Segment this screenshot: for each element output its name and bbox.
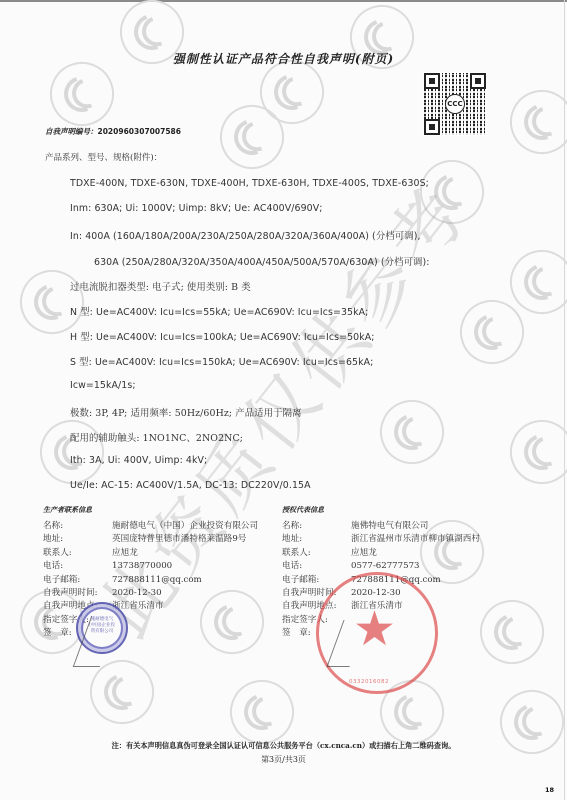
seal-number: 0332016082: [349, 679, 389, 685]
producer-section-title: 生产者联系信息: [43, 505, 92, 515]
producer-row: 电子邮箱:727888111@qq.com: [43, 573, 258, 586]
verification-note: 注：有关本声明信息真伪可登录全国认证认可信息公共服务平台（cx.cnca.cn）…: [0, 741, 567, 751]
spec-heading: 产品系列、型号、规格(附件)：: [45, 151, 162, 163]
declaration-number-label: 自我声明编号：: [45, 127, 98, 136]
authorized-rep-row: 地址:浙江省温州市乐清市柳市镇湖西村: [282, 532, 480, 545]
ccc-watermark-icon: [471, 591, 553, 673]
spec-line: Ue/Ie: AC-15: AC400V/1.5A, DC-13: DC220V…: [70, 480, 510, 505]
producer-phone: 13738770000: [112, 561, 172, 571]
field-label: 地址:: [43, 532, 112, 544]
field-label: 电子邮箱:: [43, 573, 112, 585]
document-title: 强制性认证产品符合性自我声明(附页): [0, 50, 567, 67]
spec-line: In: 400A (160A/180A/200A/230A/250A/280A/…: [70, 228, 510, 253]
authorized-rep-address: 浙江省温州市乐清市柳市镇湖西村: [351, 532, 480, 544]
sheet-number: 18: [545, 786, 554, 794]
field-label: 名称:: [43, 519, 112, 531]
authorized-rep-row: 名称:施佛特电气有限公司: [282, 519, 480, 532]
ccc-watermark-icon: [501, 411, 567, 493]
field-label: 名称:: [282, 519, 351, 531]
producer-contact: 名称:施耐德电气（中国）企业投资有限公司 地址:英国庞特普里德市潘特格莱温路9号…: [43, 519, 258, 640]
field-label: 联系人:: [282, 546, 351, 558]
authorized-rep-section-title: 授权代表信息: [282, 505, 324, 515]
producer-address: 英国庞特普里德市潘特格莱温路9号: [112, 532, 246, 544]
spec-line: 630A (250A/280A/320A/350A/400A/450A/500A…: [70, 254, 510, 279]
field-label: 地址:: [282, 532, 351, 544]
spec-list: TDXE-400N, TDXE-630N, TDXE-400H, TDXE-63…: [70, 178, 510, 505]
spec-line: Icw=15kA/1s;: [70, 380, 510, 405]
field-label: 电话:: [282, 559, 351, 571]
ccc-logo-icon: CCC: [445, 94, 465, 114]
page-indicator: 第3页/共3页: [0, 754, 567, 765]
declaration-number: 自我声明编号：2020960307007586: [45, 126, 181, 137]
spec-line: 极数: 3P, 4P; 适用频率: 50Hz/60Hz; 产品适用于隔离: [70, 405, 510, 430]
spec-line: 过电流脱扣器类型: 电子式; 使用类别: B 类: [70, 279, 510, 304]
producer-name: 施耐德电气（中国）企业投资有限公司: [112, 519, 258, 531]
ccc-watermark-icon: [501, 81, 567, 163]
spec-line: Ith: 3A, Ui: 400V, Uimp: 4kV;: [70, 455, 510, 480]
authorized-rep-phone: 0577-62777573: [351, 561, 420, 571]
spec-line: H 型: Ue=AC400V: Icu=Ics=100kA; Ue=AC690V…: [70, 329, 510, 354]
authorized-rep-name: 施佛特电气有限公司: [351, 519, 428, 531]
producer-contact-person: 应旭龙: [112, 546, 138, 558]
field-label: 联系人:: [43, 546, 112, 558]
field-label: 自我声明时间:: [43, 586, 112, 598]
producer-row: 自我声明时间:2020-12-30: [43, 586, 258, 599]
spec-line: S 型: Ue=AC400V: Icu=Ics=150kA; Ue=AC690V…: [70, 354, 510, 379]
authorized-rep-contact-person: 应旭龙: [351, 546, 377, 558]
spec-line: TDXE-400N, TDXE-630N, TDXE-400H, TDXE-63…: [70, 178, 510, 203]
producer-declaration-date: 2020-12-30: [112, 588, 162, 598]
page-top-border: [0, 0, 567, 2]
producer-row: 联系人:应旭龙: [43, 546, 258, 559]
producer-row: 名称:施耐德电气（中国）企业投资有限公司: [43, 519, 258, 532]
qr-code-icon[interactable]: CCC: [423, 72, 487, 136]
producer-row: 自我声明地点:浙江省乐清市: [43, 599, 258, 612]
spec-line: 配用的辅助触头: 1NO1NC、2NO2NC;: [70, 430, 510, 455]
producer-email: 727888111@qq.com: [112, 575, 202, 585]
producer-row: 电话:13738770000: [43, 559, 258, 572]
spec-line: Inm: 630A; Ui: 1000V; Uimp: 8kV; Ue: AC4…: [70, 203, 510, 228]
authorized-rep-row: 电话:0577-62777573: [282, 559, 480, 572]
authorized-rep-seal-stamp-icon: ★ 0332016082: [316, 572, 438, 694]
authorized-rep-row: 联系人:应旭龙: [282, 546, 480, 559]
declaration-number-value: 2020960307007586: [98, 127, 182, 136]
producer-row: 地址:英国庞特普里德市潘特格莱温路9号: [43, 532, 258, 545]
field-label: 电话:: [43, 559, 112, 571]
spec-line: N 型: Ue=AC400V: Icu=Ics=55kA; Ue=AC690V:…: [70, 304, 510, 329]
